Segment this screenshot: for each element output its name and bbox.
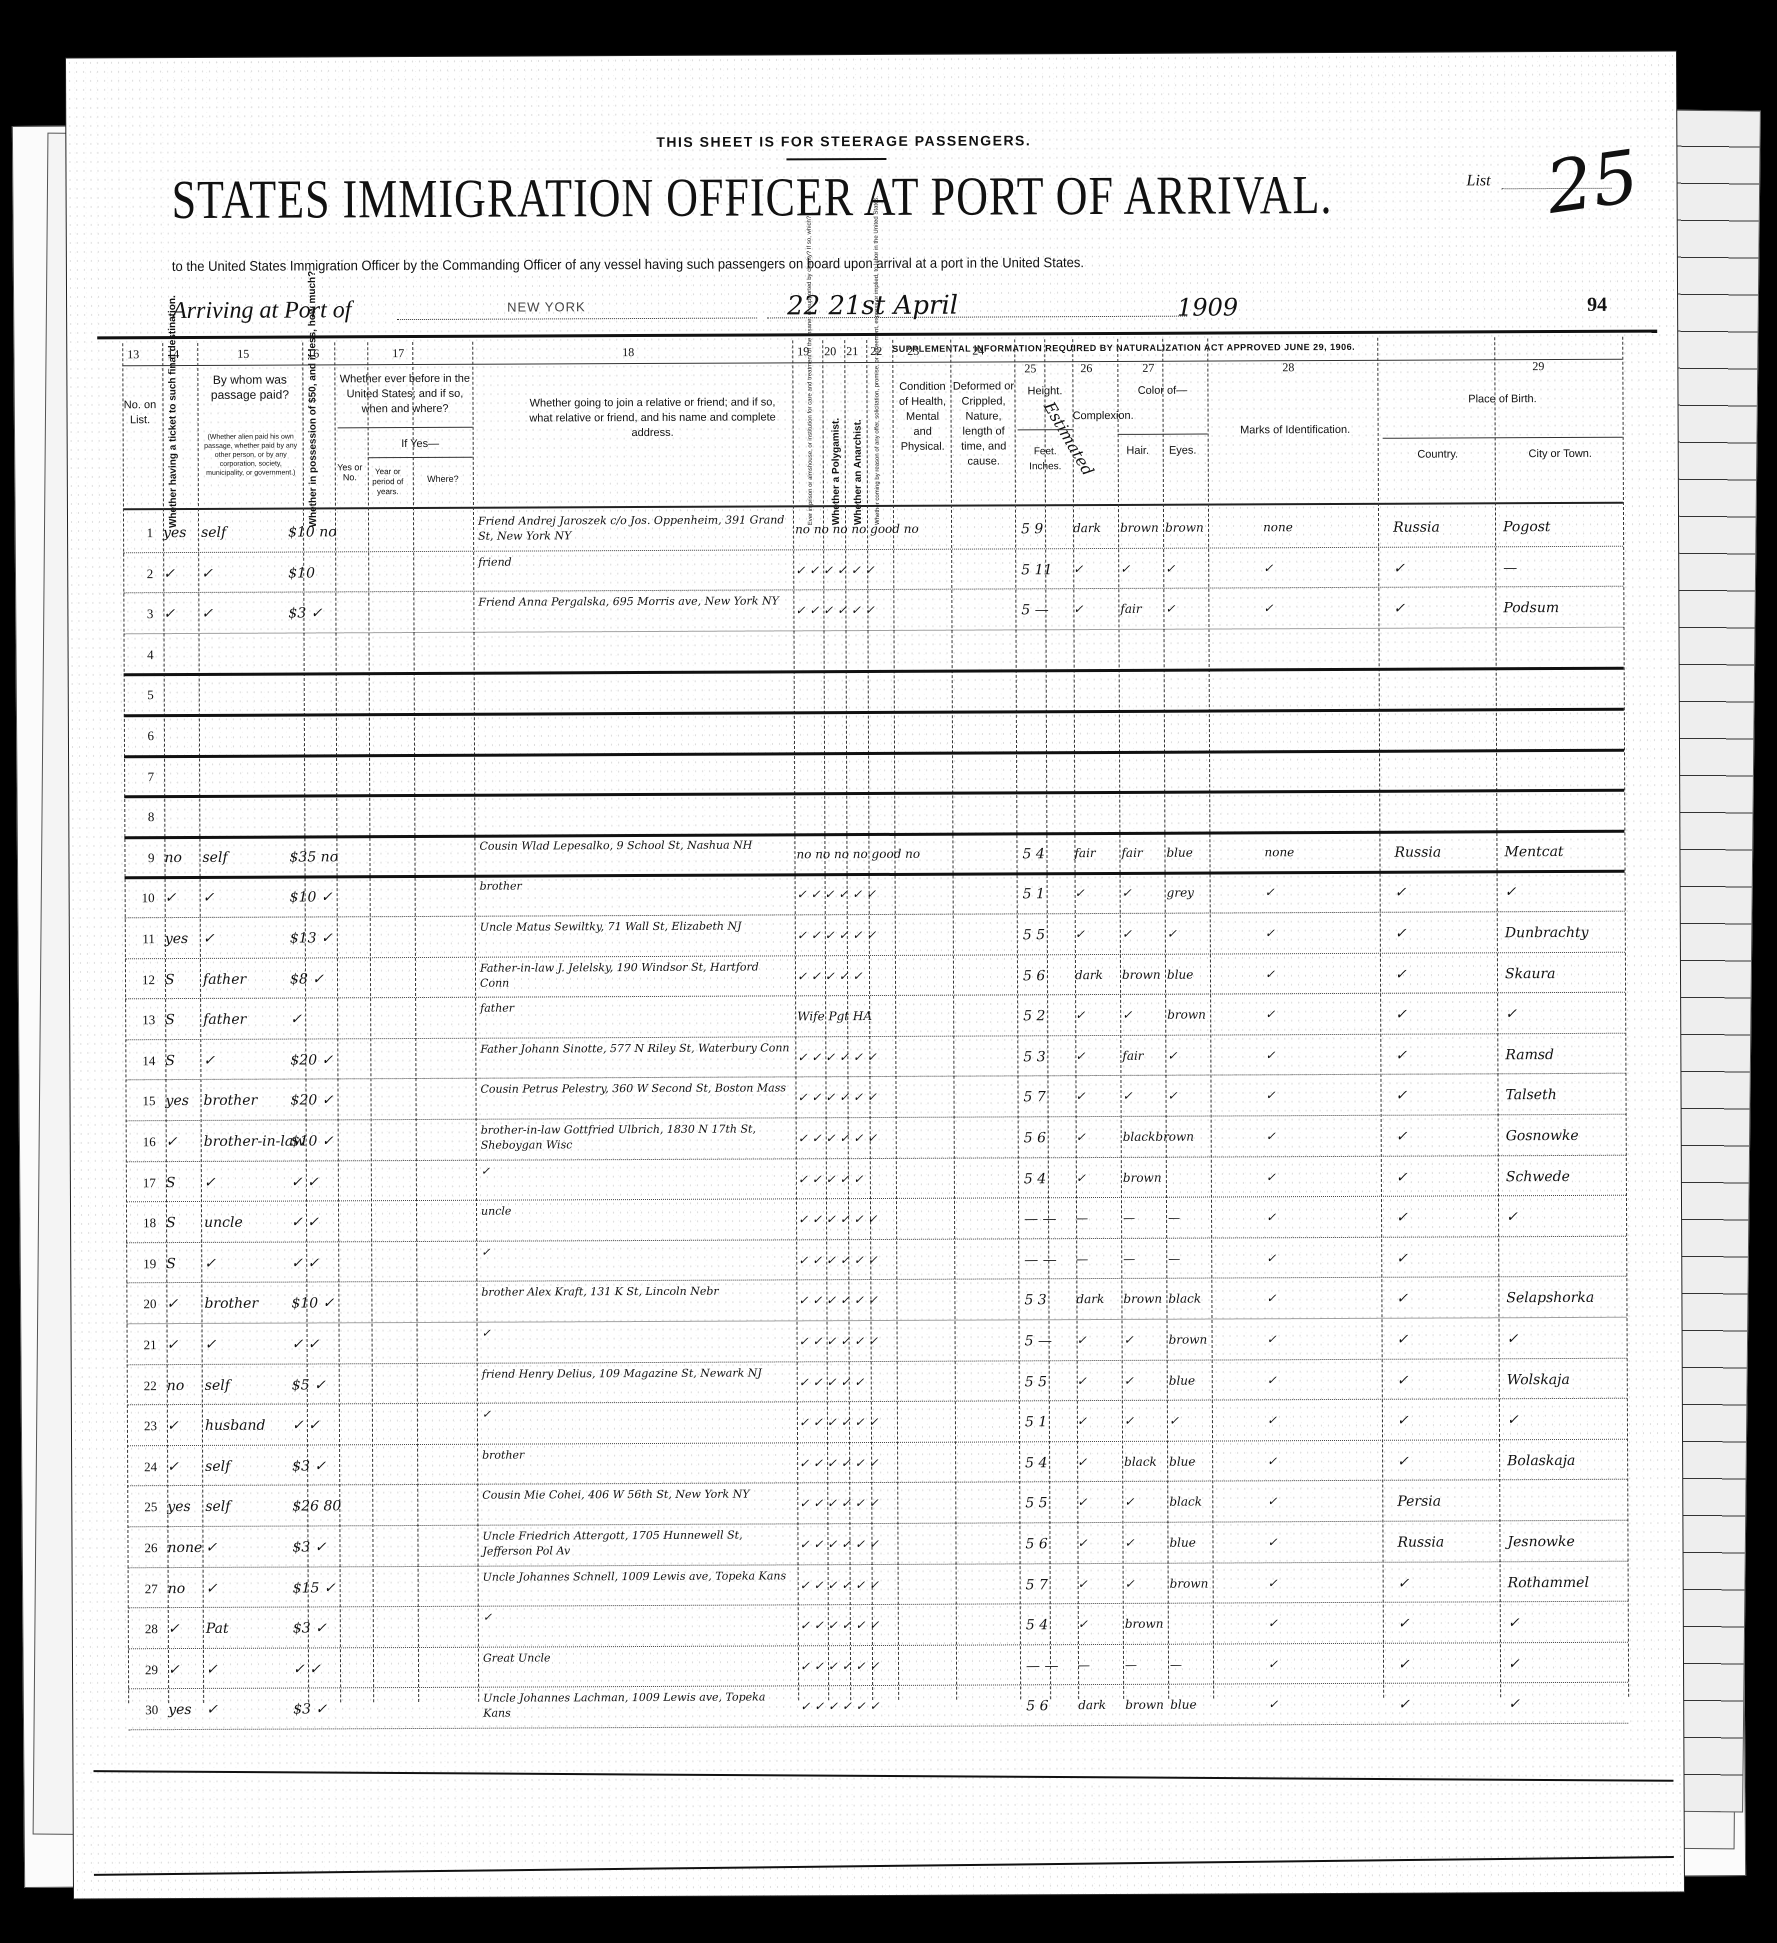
money-possessed: $3 ✓ bbox=[292, 1539, 326, 1555]
row-rule bbox=[126, 1114, 1626, 1122]
column-number: 13 bbox=[127, 347, 139, 362]
supplemental-heading: SUPPLEMENTAL INFORMATION REQUIRED BY NAT… bbox=[892, 342, 1355, 354]
money-possessed: ✓ bbox=[290, 1012, 302, 1028]
identification-marks: ✓ bbox=[1268, 1616, 1278, 1630]
column-number: 16 bbox=[307, 346, 319, 361]
complexion-value: ✓ bbox=[1073, 602, 1083, 616]
column-number: 23 bbox=[907, 344, 919, 359]
questions-19-24: ✓ ✓ ✓ ✓ ✓ ✓ bbox=[798, 1253, 877, 1267]
hair-color: ✓ bbox=[1120, 561, 1130, 575]
ticket-value: ✓ bbox=[163, 606, 175, 622]
complexion-value: ✓ bbox=[1075, 1008, 1085, 1022]
height-value: 5 3 bbox=[1024, 1293, 1046, 1309]
relative-or-friend: ✓ bbox=[482, 1407, 491, 1422]
row-rule bbox=[125, 870, 1625, 880]
money-possessed: $15 ✓ bbox=[293, 1580, 336, 1596]
passage-paid-by: ✓ bbox=[204, 1174, 216, 1190]
row-number: 16 bbox=[126, 1134, 156, 1150]
row-rule bbox=[127, 1520, 1627, 1528]
hair-color: brown bbox=[1120, 521, 1159, 535]
column-number: 14 bbox=[167, 347, 179, 362]
birth-city: Talseth bbox=[1505, 1087, 1556, 1103]
eye-color: black bbox=[1168, 1292, 1201, 1306]
list-label: List bbox=[1467, 172, 1491, 190]
passage-paid-by: self bbox=[205, 1499, 230, 1515]
eye-color: blue bbox=[1169, 1373, 1195, 1387]
eye-color: ✓ bbox=[1165, 602, 1175, 616]
birth-country: ✓ bbox=[1397, 1332, 1409, 1348]
passage-paid-by: self bbox=[205, 1377, 230, 1393]
row-rule bbox=[128, 1682, 1628, 1690]
identification-marks: none bbox=[1263, 520, 1293, 534]
col27-eyes: Eyes. bbox=[1163, 444, 1203, 459]
ticket-value: ✓ bbox=[166, 1296, 178, 1312]
birth-city: ✓ bbox=[1505, 885, 1517, 901]
questions-19-24: ✓ ✓ ✓ ✓ ✓ bbox=[798, 1172, 864, 1186]
paper-fold bbox=[94, 1856, 1674, 1876]
row-number: 13 bbox=[125, 1012, 155, 1028]
relative-or-friend: friend bbox=[478, 554, 512, 569]
col24-header: Deformed or Crippled, Nature, length of … bbox=[952, 379, 1014, 469]
col17-if-yes: If Yes— bbox=[368, 437, 473, 452]
identification-marks: ✓ bbox=[1265, 967, 1275, 981]
money-possessed: $10 ✓ bbox=[291, 1296, 334, 1312]
questions-19-24: ✓ ✓ ✓ ✓ ✓ ✓ bbox=[798, 1293, 877, 1307]
relative-or-friend: Uncle Johannes Lachman, 1009 Lewis ave, … bbox=[483, 1690, 793, 1721]
relative-or-friend: Cousin Wlad Lepesalko, 9 School St, Nash… bbox=[479, 837, 752, 853]
complexion-value: dark bbox=[1078, 1698, 1106, 1712]
birth-country: ✓ bbox=[1398, 1697, 1410, 1713]
eye-color: blue bbox=[1170, 1698, 1196, 1712]
birth-city: Dunbrachty bbox=[1505, 925, 1589, 941]
birth-city: Pogost bbox=[1503, 519, 1551, 535]
complexion-value: ✓ bbox=[1075, 1049, 1085, 1063]
arrival-port: NEW YORK bbox=[507, 299, 586, 314]
ticket-value: no bbox=[164, 850, 182, 866]
column-number: 29 bbox=[1532, 359, 1544, 374]
birth-country: ✓ bbox=[1395, 926, 1407, 942]
relative-or-friend: Great Uncle bbox=[483, 1650, 551, 1665]
height-value: — — bbox=[1026, 1658, 1059, 1674]
passage-paid-by: ✓ bbox=[206, 1702, 218, 1718]
eye-color: ✓ bbox=[1168, 1089, 1178, 1103]
row-number: 23 bbox=[127, 1418, 157, 1434]
hair-color: — bbox=[1123, 1211, 1135, 1225]
complexion-value: ✓ bbox=[1075, 886, 1085, 900]
identification-marks: ✓ bbox=[1267, 1413, 1277, 1427]
row-rule bbox=[125, 911, 1625, 919]
col29-city: City or Town. bbox=[1498, 447, 1623, 463]
height-value: 5 6 bbox=[1024, 1130, 1046, 1146]
relative-or-friend: Cousin Petrus Pelestry, 360 W Second St,… bbox=[480, 1081, 786, 1097]
identification-marks: ✓ bbox=[1266, 1292, 1276, 1306]
questions-19-24: no no no no good no bbox=[796, 847, 920, 862]
birth-city: Jesnowke bbox=[1507, 1534, 1574, 1550]
birth-country: ✓ bbox=[1398, 1656, 1410, 1672]
ticket-value: ✓ bbox=[165, 890, 177, 906]
complexion-value: ✓ bbox=[1077, 1333, 1087, 1347]
column-divider bbox=[1494, 337, 1501, 1697]
col15-header: By whom was passage paid? bbox=[197, 372, 302, 402]
hair-color: fair bbox=[1120, 602, 1141, 616]
col14-header: Whether having a ticket to such final de… bbox=[167, 368, 179, 528]
identification-marks: ✓ bbox=[1266, 1170, 1276, 1184]
birth-country: ✓ bbox=[1393, 560, 1405, 576]
birth-city: ✓ bbox=[1508, 1615, 1520, 1631]
identification-marks: ✓ bbox=[1263, 561, 1273, 575]
identification-marks: ✓ bbox=[1265, 1048, 1275, 1062]
column-number: 22 bbox=[870, 344, 882, 359]
complexion-value: — bbox=[1076, 1211, 1088, 1225]
height-value: 5 11 bbox=[1021, 562, 1052, 578]
money-possessed: $8 ✓ bbox=[290, 971, 324, 987]
birth-city: ✓ bbox=[1508, 1656, 1520, 1672]
birth-country: Russia bbox=[1393, 520, 1440, 536]
passage-paid-by: ✓ bbox=[205, 1337, 217, 1353]
col17-header: Whether ever before in the United States… bbox=[337, 372, 472, 418]
relative-or-friend: Uncle Matus Sewiltky, 71 Wall St, Elizab… bbox=[480, 919, 742, 935]
manifest-table: SUPPLEMENTAL INFORMATION REQUIRED BY NAT… bbox=[122, 337, 1658, 1784]
row-rule bbox=[127, 1357, 1627, 1365]
hair-color: brown bbox=[1125, 1617, 1164, 1631]
hair-color: ✓ bbox=[1124, 1414, 1134, 1428]
relative-or-friend: father bbox=[480, 1001, 514, 1016]
col23-header: Condition of Health, Mental and Physical… bbox=[897, 380, 947, 455]
passage-paid-by: brother bbox=[204, 1296, 258, 1312]
identification-marks: ✓ bbox=[1268, 1576, 1278, 1590]
passage-paid-by: ✓ bbox=[206, 1580, 218, 1596]
passage-paid-by: husband bbox=[205, 1418, 266, 1434]
ticket-value: ✓ bbox=[166, 1134, 178, 1150]
height-value: 5 6 bbox=[1023, 968, 1045, 984]
row-number: 15 bbox=[126, 1094, 156, 1110]
row-number: 12 bbox=[125, 972, 155, 988]
row-number: 7 bbox=[124, 769, 154, 785]
questions-19-24: ✓ ✓ ✓ ✓ ✓ ✓ bbox=[800, 1659, 879, 1673]
complexion-value: ✓ bbox=[1078, 1577, 1088, 1591]
hair-color: black bbox=[1124, 1455, 1157, 1469]
questions-19-24: ✓ ✓ ✓ ✓ ✓ ✓ bbox=[799, 1334, 878, 1348]
row-rule bbox=[125, 1033, 1625, 1041]
relative-or-friend: Father Johann Sinotte, 577 N Riley St, W… bbox=[480, 1040, 789, 1056]
row-number: 19 bbox=[126, 1256, 156, 1272]
questions-19-24: ✓ ✓ ✓ ✓ ✓ ✓ bbox=[798, 1212, 877, 1226]
eye-color: blue bbox=[1166, 845, 1192, 859]
divider bbox=[786, 158, 886, 160]
money-possessed: ✓ ✓ bbox=[293, 1661, 321, 1677]
eye-color: blue bbox=[1169, 1454, 1195, 1468]
height-value: 5 1 bbox=[1025, 1414, 1047, 1430]
height-value: 5 — bbox=[1021, 602, 1048, 618]
ticket-value: yes bbox=[167, 1499, 190, 1515]
questions-19-24: ✓ ✓ ✓ ✓ ✓ ✓ bbox=[798, 1090, 877, 1104]
money-possessed: $20 ✓ bbox=[291, 1093, 334, 1109]
birth-country: ✓ bbox=[1396, 1210, 1408, 1226]
identification-marks: ✓ bbox=[1263, 601, 1273, 615]
identification-marks: ✓ bbox=[1265, 1007, 1275, 1021]
column-number: 21 bbox=[846, 344, 858, 359]
passage-paid-by: father bbox=[203, 971, 246, 987]
relative-or-friend: ✓ bbox=[483, 1610, 492, 1625]
row-number: 11 bbox=[125, 931, 155, 947]
passage-paid-by: Pat bbox=[206, 1621, 229, 1637]
money-possessed: $13 ✓ bbox=[290, 930, 333, 946]
birth-city: ✓ bbox=[1506, 1209, 1518, 1225]
header-divider bbox=[122, 359, 1622, 367]
arrival-year: 1909 bbox=[1177, 293, 1238, 321]
header-divider bbox=[368, 457, 473, 458]
ticket-value: ✓ bbox=[163, 566, 175, 582]
questions-19-24: ✓ ✓ ✓ ✓ ✓ ✓ bbox=[799, 1415, 878, 1429]
row-number: 5 bbox=[124, 688, 154, 704]
row-rule bbox=[124, 830, 1624, 840]
complexion-value: ✓ bbox=[1077, 1495, 1087, 1509]
money-possessed: $3 ✓ bbox=[292, 1458, 326, 1474]
identification-marks: ✓ bbox=[1266, 1210, 1276, 1224]
birth-country: Russia bbox=[1394, 844, 1441, 860]
hair-color: fair bbox=[1122, 1049, 1143, 1063]
passage-paid-by: ✓ bbox=[203, 1053, 215, 1069]
col26-header: Complexion. bbox=[1073, 409, 1118, 424]
col27-hair: Hair. bbox=[1118, 444, 1158, 459]
column-divider bbox=[472, 342, 479, 1702]
row-rule bbox=[123, 545, 1623, 553]
ticket-value: ✓ bbox=[167, 1337, 179, 1353]
birth-city: Ramsd bbox=[1505, 1047, 1554, 1063]
height-value: — — bbox=[1024, 1211, 1057, 1227]
ticket-value: no bbox=[168, 1581, 186, 1597]
hair-color: ✓ bbox=[1122, 927, 1132, 941]
birth-city: ✓ bbox=[1507, 1412, 1519, 1428]
relative-or-friend: brother Alex Kraft, 131 K St, Lincoln Ne… bbox=[481, 1284, 718, 1300]
row-number: 2 bbox=[123, 566, 153, 582]
hair-color: ✓ bbox=[1124, 1536, 1134, 1550]
relative-or-friend: brother bbox=[482, 1447, 524, 1462]
row-number: 20 bbox=[126, 1297, 156, 1313]
complexion-value: ✓ bbox=[1073, 562, 1083, 576]
col29-header: Place of Birth. bbox=[1382, 392, 1622, 408]
row-rule bbox=[124, 789, 1624, 799]
row-rule bbox=[127, 1479, 1627, 1487]
column-number: 20 bbox=[824, 344, 836, 359]
birth-country: ✓ bbox=[1396, 1129, 1408, 1145]
eye-color: — bbox=[1170, 1657, 1182, 1671]
column-divider bbox=[892, 340, 899, 1700]
eye-color: brown bbox=[1169, 1333, 1208, 1347]
ticket-value: S bbox=[165, 1012, 175, 1028]
column-divider bbox=[367, 342, 374, 1702]
relative-or-friend: Father-in-law J. Jelelsky, 190 Windsor S… bbox=[480, 959, 790, 990]
money-possessed: $3 ✓ bbox=[293, 1621, 327, 1637]
row-number: 8 bbox=[124, 809, 154, 825]
column-divider bbox=[950, 340, 957, 1700]
relative-or-friend: uncle bbox=[481, 1204, 511, 1219]
complexion-value: dark bbox=[1076, 1292, 1104, 1306]
birth-country: ✓ bbox=[1396, 1250, 1408, 1266]
header-bottom-rule bbox=[123, 502, 1623, 511]
ticket-value: yes bbox=[163, 525, 186, 541]
money-possessed: ✓ ✓ bbox=[292, 1336, 320, 1352]
steerage-notice: THIS SHEET IS FOR STEERAGE PASSENGERS. bbox=[656, 132, 1031, 150]
column-number: 28 bbox=[1282, 360, 1294, 375]
col28-header: Marks of Identification. bbox=[1213, 423, 1378, 439]
money-possessed: $3 ✓ bbox=[293, 1702, 327, 1718]
eye-color: ✓ bbox=[1167, 927, 1177, 941]
passage-paid-by: brother bbox=[204, 1093, 258, 1109]
birth-country: ✓ bbox=[1395, 1047, 1407, 1063]
ticket-value: S bbox=[165, 972, 175, 988]
relative-or-friend: Uncle Johannes Schnell, 1009 Lewis ave, … bbox=[483, 1568, 787, 1584]
passage-paid-by: self bbox=[205, 1459, 230, 1475]
row-rule bbox=[127, 1398, 1627, 1406]
complexion-value: dark bbox=[1073, 521, 1101, 535]
questions-19-24: ✓ ✓ ✓ ✓ ✓ ✓ bbox=[797, 928, 876, 942]
birth-country: ✓ bbox=[1397, 1372, 1409, 1388]
questions-19-24: ✓ ✓ ✓ ✓ ✓ bbox=[797, 969, 863, 983]
row-rule bbox=[126, 1236, 1626, 1244]
col17-yes-no: Yes or No. bbox=[335, 462, 365, 482]
row-number: 25 bbox=[127, 1500, 157, 1516]
money-possessed: $35 no bbox=[289, 849, 338, 865]
height-value: 5 5 bbox=[1025, 1496, 1047, 1512]
row-number: 27 bbox=[128, 1581, 158, 1597]
relative-or-friend: Friend Anna Pergalska, 695 Morris ave, N… bbox=[478, 594, 779, 610]
ticket-value: ✓ bbox=[167, 1459, 179, 1475]
row-rule bbox=[126, 1195, 1626, 1203]
relative-or-friend: ✓ bbox=[481, 1244, 490, 1259]
complexion-value: ✓ bbox=[1077, 1455, 1087, 1469]
column-number: 18 bbox=[622, 345, 634, 360]
column-number: 17 bbox=[392, 346, 404, 361]
money-possessed: ✓ ✓ bbox=[291, 1215, 319, 1231]
hair-color: ✓ bbox=[1122, 1008, 1132, 1022]
birth-city: Gosnowke bbox=[1506, 1128, 1579, 1144]
questions-19-24: ✓ ✓ ✓ ✓ ✓ ✓ bbox=[800, 1578, 879, 1592]
row-rule bbox=[124, 667, 1624, 677]
row-number: 6 bbox=[124, 728, 154, 744]
questions-19-24: ✓ ✓ ✓ ✓ ✓ bbox=[799, 1375, 865, 1389]
manifest-sheet: THIS SHEET IS FOR STEERAGE PASSENGERS. S… bbox=[66, 51, 1684, 1898]
relative-or-friend: Cousin Mie Cohei, 406 W 56th St, New Yor… bbox=[482, 1487, 749, 1503]
row-number: 29 bbox=[128, 1662, 158, 1678]
money-possessed: $10 no bbox=[288, 524, 337, 540]
identification-marks: ✓ bbox=[1267, 1495, 1277, 1509]
row-rule bbox=[124, 627, 1624, 635]
row-rule bbox=[123, 586, 1623, 594]
column-number: 25 bbox=[1024, 361, 1036, 376]
identification-marks: ✓ bbox=[1268, 1698, 1278, 1712]
row-rule bbox=[125, 992, 1625, 1000]
height-value: 5 6 bbox=[1025, 1536, 1047, 1552]
money-possessed: ✓ ✓ bbox=[292, 1418, 320, 1434]
form-title: STATES IMMIGRATION OFFICER AT PORT OF AR… bbox=[171, 163, 1332, 232]
row-number: 22 bbox=[127, 1378, 157, 1394]
money-possessed: $20 ✓ bbox=[290, 1052, 333, 1068]
ticket-value: yes bbox=[166, 1093, 189, 1109]
money-possessed: ✓ ✓ bbox=[291, 1174, 319, 1190]
column-divider bbox=[1622, 337, 1629, 1697]
relative-or-friend: ✓ bbox=[482, 1326, 491, 1341]
row-number: 10 bbox=[125, 891, 155, 907]
identification-marks: ✓ bbox=[1267, 1454, 1277, 1468]
birth-country: ✓ bbox=[1395, 966, 1407, 982]
hair-color: brown bbox=[1125, 1698, 1164, 1712]
birth-city: ✓ bbox=[1507, 1331, 1519, 1347]
birth-city: Wolskaja bbox=[1507, 1372, 1570, 1388]
row-rule bbox=[128, 1601, 1628, 1609]
eye-color: brown bbox=[1167, 1008, 1206, 1022]
row-number: 1 bbox=[123, 525, 153, 541]
row-rule bbox=[125, 951, 1625, 959]
height-value: 5 4 bbox=[1024, 1171, 1046, 1187]
row-rule bbox=[128, 1723, 1628, 1731]
birth-country: ✓ bbox=[1395, 1088, 1407, 1104]
eye-color: grey bbox=[1167, 886, 1194, 900]
list-number: 25 bbox=[1541, 134, 1644, 230]
height-value: 5 4 bbox=[1025, 1455, 1047, 1471]
row-number: 14 bbox=[125, 1053, 155, 1069]
birth-country: ✓ bbox=[1395, 885, 1407, 901]
birth-country: ✓ bbox=[1398, 1616, 1410, 1632]
questions-19-24: ✓ ✓ ✓ ✓ ✓ ✓ bbox=[799, 1496, 878, 1510]
row-rule bbox=[124, 748, 1624, 758]
col20-header: Whether a Polygamist. bbox=[830, 365, 842, 525]
questions-19-24: Wife Pgt HA bbox=[797, 1009, 872, 1023]
identification-marks: ✓ bbox=[1268, 1657, 1278, 1671]
hair-color: brown bbox=[1123, 1292, 1162, 1306]
column-number: 19 bbox=[797, 344, 809, 359]
height-value: 5 5 bbox=[1025, 1374, 1047, 1390]
birth-city: ✓ bbox=[1508, 1697, 1520, 1713]
complexion-value: fair bbox=[1074, 846, 1095, 860]
hair-color: ✓ bbox=[1122, 886, 1132, 900]
passage-paid-by: uncle bbox=[204, 1215, 243, 1231]
identification-marks: ✓ bbox=[1266, 1129, 1276, 1143]
complexion-value: — bbox=[1078, 1658, 1090, 1672]
row-number: 26 bbox=[127, 1540, 157, 1556]
row-number: 21 bbox=[127, 1337, 157, 1353]
eye-color: brown bbox=[1170, 1576, 1209, 1590]
column-number: 27 bbox=[1142, 361, 1154, 376]
complexion-value: ✓ bbox=[1076, 1130, 1086, 1144]
relative-or-friend: Uncle Friedrich Attergott, 1705 Hunnewel… bbox=[482, 1527, 792, 1558]
questions-19-24: ✓ ✓ ✓ ✓ ✓ ✓ bbox=[797, 887, 876, 901]
birth-city: Rothammel bbox=[1508, 1574, 1589, 1590]
eye-color: blue bbox=[1169, 1536, 1195, 1550]
relative-or-friend: ✓ bbox=[481, 1163, 490, 1178]
hair-color: ✓ bbox=[1125, 1576, 1135, 1590]
column-number: 26 bbox=[1080, 361, 1092, 376]
passage-paid-by: ✓ bbox=[204, 1256, 216, 1272]
height-value: 5 5 bbox=[1023, 927, 1045, 943]
ticket-value: ✓ bbox=[167, 1418, 179, 1434]
ticket-value: ✓ bbox=[168, 1662, 180, 1678]
eye-color: ✓ bbox=[1167, 1048, 1177, 1062]
ticket-value: S bbox=[166, 1215, 176, 1231]
eye-color: ✓ bbox=[1169, 1414, 1179, 1428]
birth-city: Selapshorka bbox=[1506, 1290, 1594, 1306]
hair-color: — bbox=[1125, 1658, 1137, 1672]
birth-country: ✓ bbox=[1396, 1291, 1408, 1307]
col29-country: Country. bbox=[1383, 447, 1493, 462]
identification-marks: ✓ bbox=[1265, 1089, 1275, 1103]
row-rule bbox=[127, 1317, 1627, 1325]
money-possessed: $26 80 bbox=[292, 1499, 341, 1515]
questions-19-24: ✓ ✓ ✓ ✓ ✓ ✓ bbox=[800, 1618, 879, 1632]
birth-city: ✓ bbox=[1505, 1006, 1517, 1022]
money-possessed: $3 ✓ bbox=[288, 606, 322, 622]
birth-city: Schwede bbox=[1506, 1169, 1570, 1185]
